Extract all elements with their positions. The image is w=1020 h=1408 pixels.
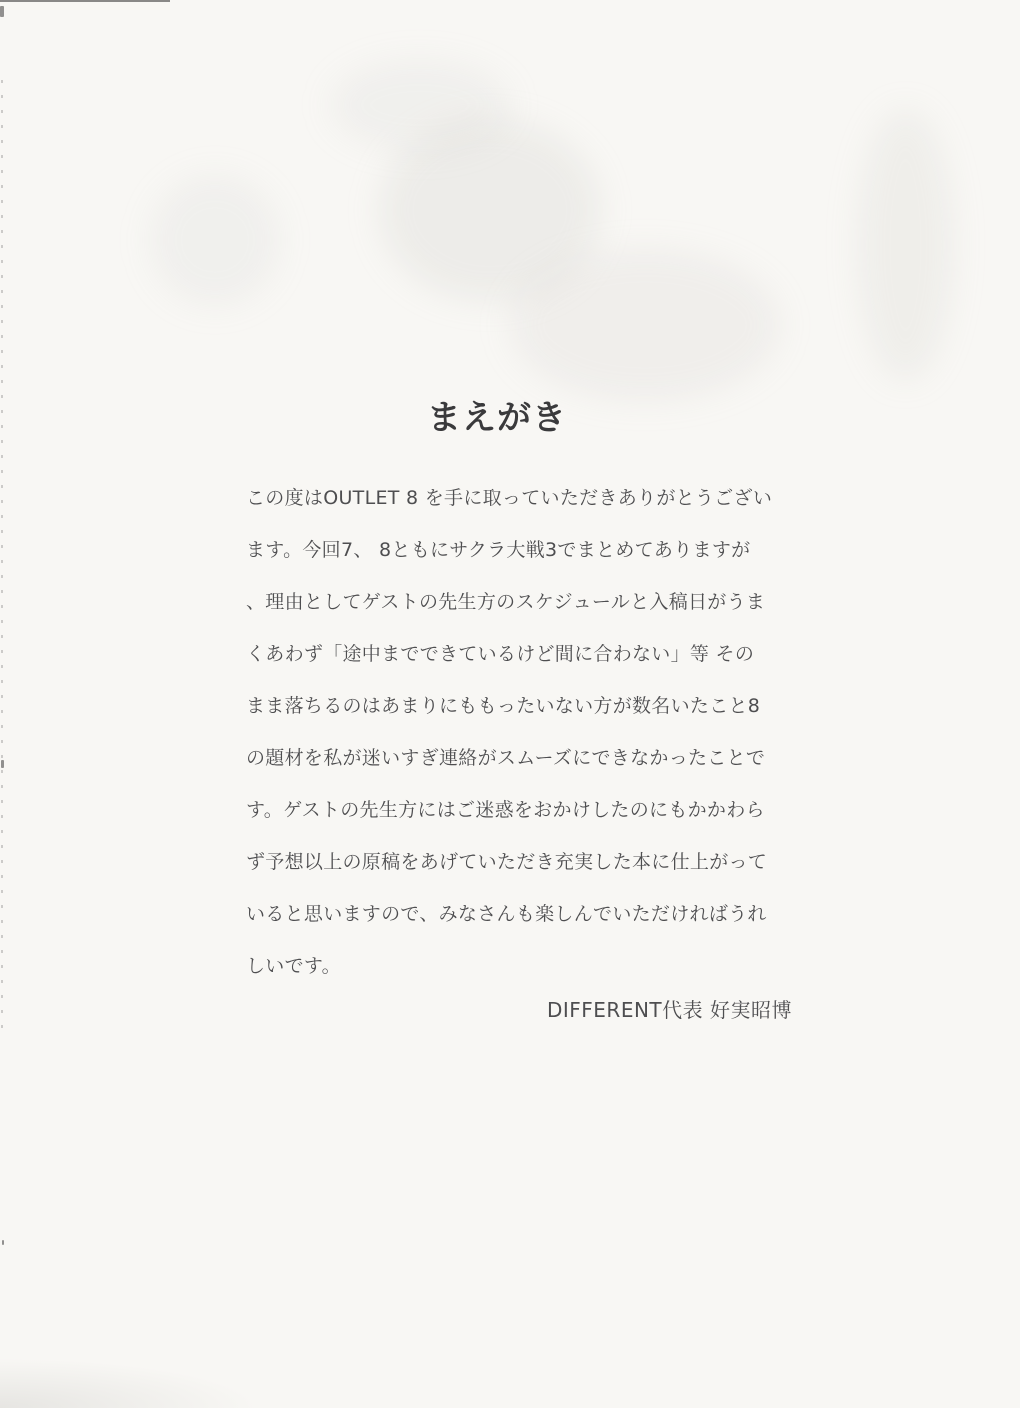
scan-ghosting — [330, 60, 510, 150]
scan-top-edge-mark — [0, 0, 170, 2]
body-line: 、理由としてゲストの先生方のスケジュールと入稿日がうま — [246, 576, 781, 628]
signature-line: DIFFERENT代表 好実昭博 — [246, 984, 792, 1036]
body-line: くあわず「途中までできているけど間に合わない」等 その — [246, 628, 781, 680]
scan-ghosting — [858, 110, 953, 380]
body-line: の題材を私が迷いすぎ連絡がスムーズにできなかったことで — [246, 732, 781, 784]
body-line: この度はOUTLET 8 を手に取っていただきありがとうござい — [246, 472, 781, 524]
scanned-foreword-page: まえがき この度はOUTLET 8 を手に取っていただきありがとうござい ます。… — [0, 0, 1020, 1408]
foreword-title: まえがき — [427, 390, 567, 439]
scan-speck — [2, 1240, 4, 1245]
body-line: ず予想以上の原稿をあげていただき充実した本に仕上がって — [246, 836, 781, 888]
scan-corner-shade — [0, 1358, 260, 1408]
body-line: いると思いますので、みなさんも楽しんでいただければうれ — [246, 888, 781, 940]
foreword-body: この度はOUTLET 8 を手に取っていただきありがとうござい ます。今回7、 … — [246, 472, 781, 992]
body-line: す。ゲストの先生方にはご迷惑をおかけしたのにもかかわら — [246, 784, 781, 836]
scan-ghosting — [510, 250, 780, 400]
body-line: まま落ちるのはあまりにももったいない方が数名いたこと8 — [246, 680, 781, 732]
scan-ghosting — [150, 175, 280, 305]
scan-speck — [0, 6, 4, 17]
scan-binding-marks — [1, 80, 3, 1040]
body-line: ます。今回7、 8ともにサクラ大戦3でまとめてありますが — [246, 524, 781, 576]
scan-ghosting — [380, 120, 600, 300]
scan-speck — [1, 760, 4, 768]
